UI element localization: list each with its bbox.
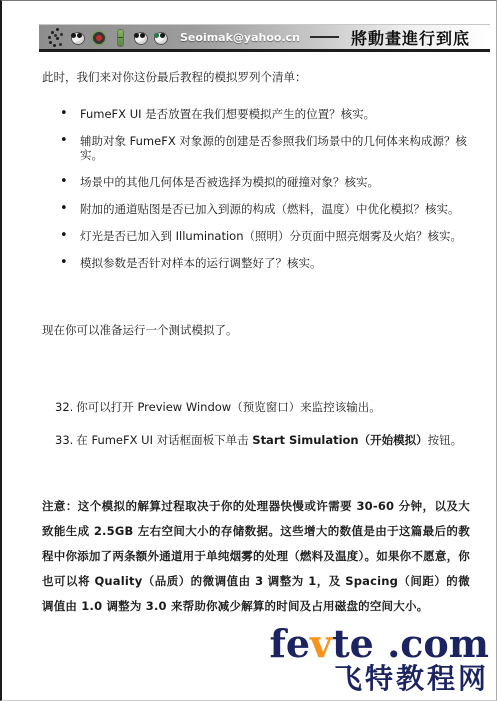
document-page: Seoimak@yahoo.cn 將動畫進行到底 此时，我们来对你这份最后教程的… [0,0,497,701]
checklist-item: 辅助对象 FumeFX 对象源的创建是否参照我们场景中的几何体来构成源？核实。 [58,134,470,162]
step-number: 33. [55,433,73,447]
checklist-item: 场景中的其他几何体是否被选择为模拟的碰撞对象？核实。 [58,175,470,189]
fevte-wordmark: fevte .com [269,626,489,662]
header-banner: Seoimak@yahoo.cn 將動畫進行到底 [39,24,490,52]
step-text: 你可以打开 Preview Window（预览窗口）来监控该输出。 [76,400,380,414]
document-body: 此时，我们来对你这份最后教程的模拟罗列个清单： FumeFX UI 是否放置在我… [2,69,496,619]
fevte-v: v [310,621,332,666]
step-bold-text: Start Simulation（开始模拟） [252,433,427,447]
intro-paragraph: 此时，我们来对你这份最后教程的模拟罗列个清单： [42,69,470,85]
ready-paragraph: 现在你可以准备运行一个测试模拟了。 [42,322,470,338]
bamboo-icon [118,30,123,46]
fevte-te-com: te .com [332,621,489,666]
email-text: Seoimak@yahoo.cn [180,31,300,44]
note-paragraph: 注意：这个模拟的解算过程取决于你的处理器快慢或许需要 30-60 分钟，以及大致… [42,494,470,619]
checklist-item: 灯光是否已加入到 Illumination（照明）分页面中照亮烟雾及火焰？核实。 [58,229,470,243]
bullseye-icon [91,30,107,46]
simulation-checklist: FumeFX UI 是否放置在我们想要模拟产生的位置？核实。 辅助对象 Fume… [58,107,470,270]
header-slogan: 將動畫進行到底 [351,26,470,49]
logo-icons [47,28,168,46]
fevte-chinese-name: 飞特教程网 [269,662,489,695]
step-number: 32. [55,400,73,414]
step-text: 在 FumeFX UI 对话框面板下单击 [76,433,252,447]
note-label: 注意： [42,499,78,513]
note-text: 这个模拟的解算过程取决于你的处理器快慢或许需要 30-60 分钟，以及大致能生成… [42,499,470,613]
header-divider-line [310,36,339,38]
fevte-fe: fe [269,621,310,666]
step-item: 33.在 FumeFX UI 对话框面板下单击 Start Simulation… [55,433,470,448]
panda-face-icon [134,32,148,45]
numbered-steps: 32.你可以打开 Preview Window（预览窗口）来监控该输出。 33.… [42,400,470,448]
dots-cluster-icon [47,28,65,46]
step-item: 32.你可以打开 Preview Window（预览窗口）来监控该输出。 [55,400,470,415]
checklist-item: 模拟参数是否针对样本的运行调整好了？核实。 [58,256,470,270]
checklist-item: 附加的通道贴图是否已加入到源的构成（燃料，温度）中优化模拟？核实。 [58,202,470,216]
checklist-item: FumeFX UI 是否放置在我们想要模拟产生的位置？核实。 [58,107,470,121]
panda-icon [71,32,85,45]
step-text-after: 按钮。 [428,433,463,447]
fevte-logo: fevte .com 飞特教程网 [269,626,489,695]
panda-bamboo-icon [154,32,168,45]
